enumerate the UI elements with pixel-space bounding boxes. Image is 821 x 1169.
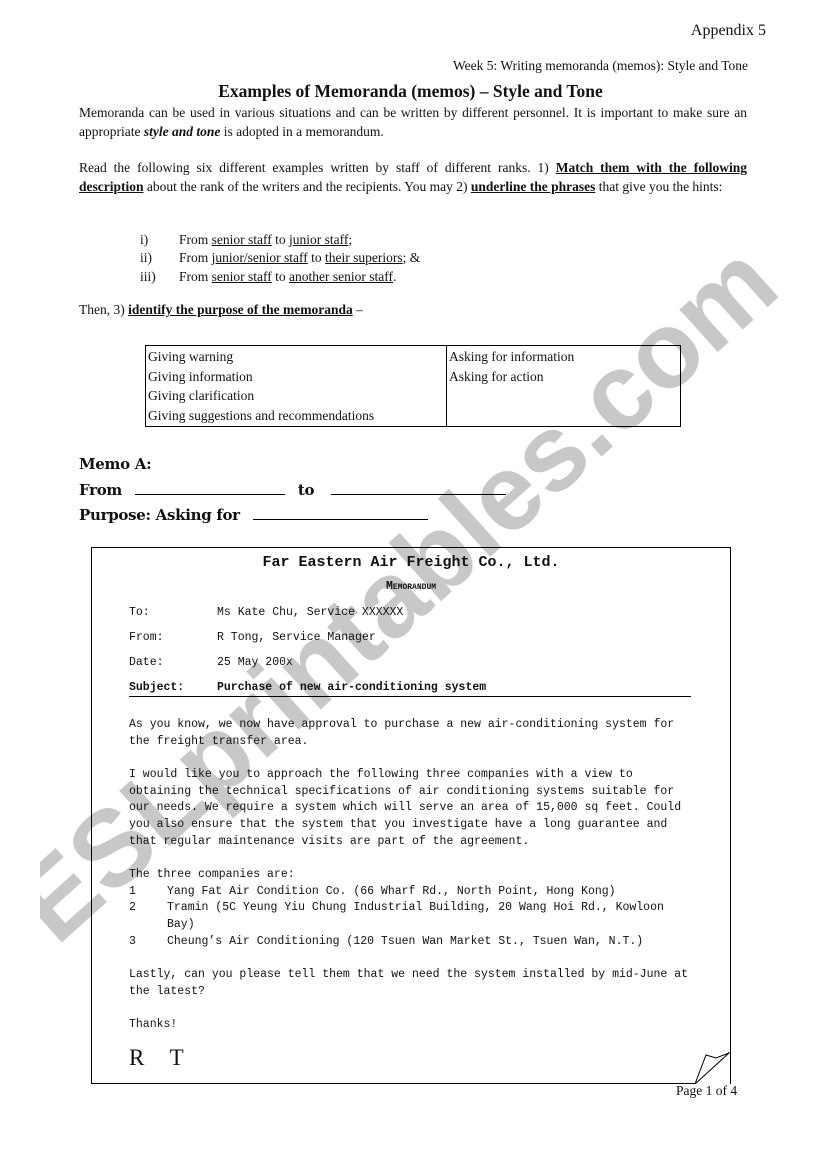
to-blank[interactable] [331, 480, 506, 495]
memo-from-field: From:R Tong, Service Manager [129, 631, 376, 644]
list-item: 3Cheung’s Air Conditioning (120 Tsuen Wa… [129, 934, 695, 951]
company-number: 3 [129, 934, 167, 951]
subject-divider [129, 696, 691, 697]
date-field-value: 25 May 200x [217, 656, 293, 669]
list-number: i) [140, 231, 179, 249]
from-field-value: R Tong, Service Manager [217, 631, 376, 644]
company-number: 2 [129, 900, 167, 933]
list-item: ii)From junior/senior staff to their sup… [140, 249, 420, 267]
memo-date-field: Date:25 May 200x [129, 656, 293, 669]
list-item: 1Yang Fat Air Condition Co. (66 Wharf Rd… [129, 884, 695, 901]
list-number: iii) [140, 268, 179, 286]
from-label: From [79, 481, 122, 499]
intro-text-end: is adopted in a memorandum. [220, 124, 383, 139]
list-text: From [179, 232, 212, 247]
purpose-option: Giving warning [148, 347, 444, 367]
to-field-label: To: [129, 606, 217, 619]
rank-phrase: junior staff [289, 232, 348, 247]
companies-list: The three companies are: 1Yang Fat Air C… [129, 867, 695, 951]
memo-to-field: To:Ms Kate Chu, Service XXXXXX [129, 606, 403, 619]
then-text: Then, 3) [79, 302, 128, 317]
list-text: From [179, 269, 212, 284]
memo-bottom-border [91, 1083, 696, 1084]
instr-text: about the rank of the writers and the re… [144, 179, 471, 194]
to-field-value: Ms Kate Chu, Service XXXXXX [217, 606, 403, 619]
rank-phrase: senior staff [212, 269, 272, 284]
list-number: ii) [140, 249, 179, 267]
purpose-line: Purpose: Asking for [79, 505, 428, 524]
memo-paragraph-2: I would like you to approach the followi… [129, 767, 695, 851]
instr-text: Read the following six different example… [79, 160, 556, 175]
date-field-label: Date: [129, 656, 217, 669]
memo-paragraph-4: Lastly, can you please tell them that we… [129, 967, 695, 1000]
list-text: to [272, 269, 289, 284]
then-text: – [353, 302, 363, 317]
list-text: to [272, 232, 289, 247]
purpose-label: Purpose: Asking for [79, 506, 240, 524]
memo-heading: Memorandum [91, 580, 731, 593]
purpose-option: Giving information [148, 367, 444, 387]
memo-thanks: Thanks! [129, 1017, 695, 1034]
subject-field-label: Subject: [129, 681, 217, 694]
asking-column: Asking for information Asking for action [447, 346, 681, 427]
purpose-blank[interactable] [253, 505, 428, 520]
list-item: 2Tramin (5C Yeung Yiu Chung Industrial B… [129, 900, 695, 933]
from-blank[interactable] [135, 480, 285, 495]
memo-paragraph-1: As you know, we now have approval to pur… [129, 717, 695, 750]
list-text: From [179, 250, 212, 265]
page-title: Examples of Memoranda (memos) – Style an… [0, 81, 821, 102]
giving-column: Giving warning Giving information Giving… [146, 346, 447, 427]
purpose-option: Giving suggestions and recommendations [148, 406, 444, 426]
from-to-line: From to [79, 480, 506, 499]
rank-phrase: another senior staff [289, 269, 393, 284]
list-text: . [393, 269, 396, 284]
purpose-table: Giving warning Giving information Giving… [145, 345, 681, 427]
companies-intro: The three companies are: [129, 867, 695, 884]
appendix-label: Appendix 5 [0, 22, 766, 40]
memo-subject-field: Subject:Purchase of new air-conditioning… [129, 681, 486, 694]
company-name: Far Eastern Air Freight Co., Ltd. [91, 554, 731, 571]
instr-task-2: underline the phrases [471, 179, 596, 194]
list-item: iii)From senior staff to another senior … [140, 268, 420, 286]
instr-task-3: identify the purpose of the memoranda [128, 302, 353, 317]
rank-phrase: their superiors [325, 250, 403, 265]
page-number: Page 1 of 4 [676, 1083, 737, 1099]
from-field-label: From: [129, 631, 217, 644]
company-text: Tramin (5C Yeung Yiu Chung Industrial Bu… [167, 900, 695, 933]
company-text: Cheung’s Air Conditioning (120 Tsuen Wan… [167, 934, 643, 951]
rank-phrase: junior/senior staff [212, 250, 308, 265]
intro-paragraph: Memoranda can be used in various situati… [79, 104, 747, 141]
instr-text: that give you the hints: [595, 179, 722, 194]
list-text: ; [348, 232, 352, 247]
instructions-paragraph: Read the following six different example… [79, 159, 747, 196]
memo-signature: R T [129, 1045, 194, 1071]
memo-a-label: Memo A: [79, 455, 151, 473]
style-tone-emphasis: style and tone [144, 124, 221, 139]
list-item: i)From senior staff to junior staff; [140, 231, 420, 249]
rank-list: i)From senior staff to junior staff; ii)… [140, 231, 420, 286]
rank-phrase: senior staff [212, 232, 272, 247]
company-number: 1 [129, 884, 167, 901]
week-header: Week 5: Writing memoranda (memos): Style… [0, 58, 748, 74]
purpose-instruction: Then, 3) identify the purpose of the mem… [79, 302, 363, 318]
purpose-option: Asking for action [449, 367, 678, 387]
purpose-option: Giving clarification [148, 386, 444, 406]
list-text: to [308, 250, 325, 265]
list-text: ; & [403, 250, 421, 265]
subject-field-value: Purchase of new air-conditioning system [217, 681, 486, 694]
company-text: Yang Fat Air Condition Co. (66 Wharf Rd.… [167, 884, 616, 901]
purpose-option: Asking for information [449, 347, 678, 367]
page-curl-icon [694, 1052, 734, 1086]
to-label: to [298, 481, 314, 499]
